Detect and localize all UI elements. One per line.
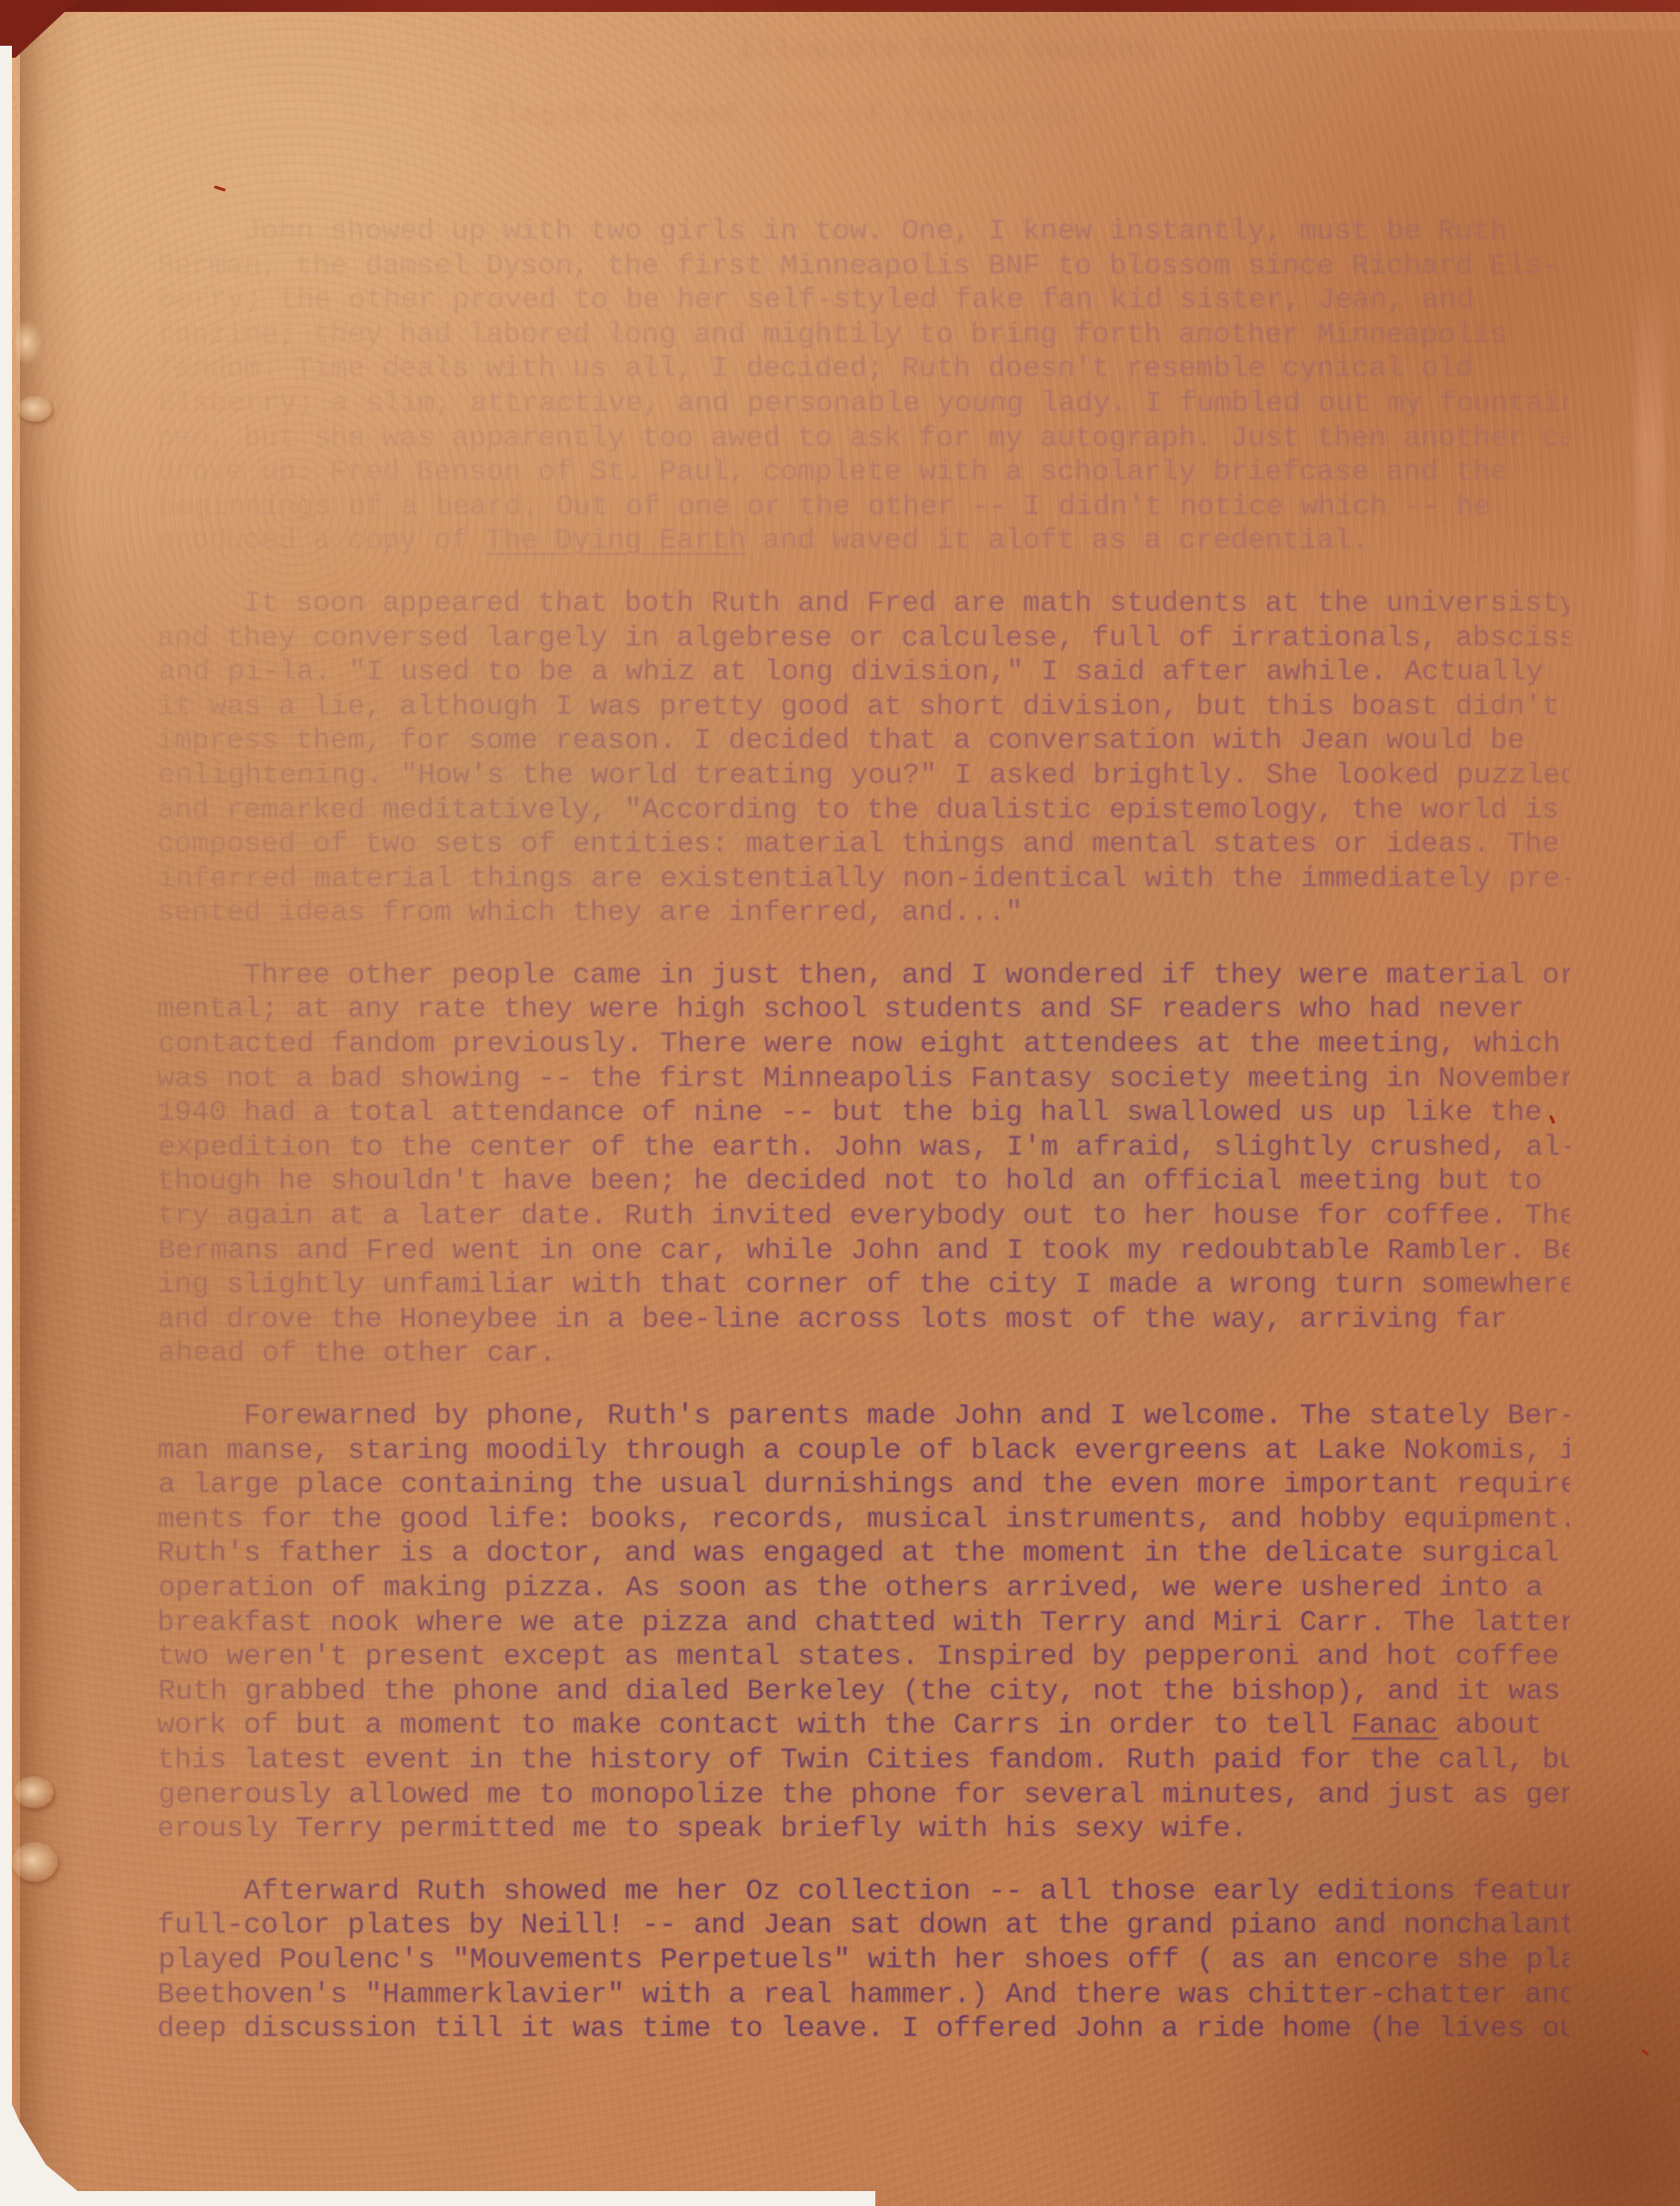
adjacent-cover-sliver xyxy=(0,0,1680,12)
typewritten-line: John showed up with two girls in tow. On… xyxy=(157,215,1570,250)
paper-tear-mark xyxy=(14,1776,54,1808)
typewritten-line: a large place containing the usual durni… xyxy=(158,1468,1571,1503)
typewritten-line: inferred material things are existential… xyxy=(158,862,1571,897)
typewritten-paragraph: Forewarned by phone, Ruth's parents made… xyxy=(157,1399,1570,1847)
typewritten-line: Berman, the damsel Dyson, the first Minn… xyxy=(157,250,1570,284)
underlined-title: Fanac xyxy=(1352,1709,1438,1742)
scanner-background-strip xyxy=(0,2191,875,2206)
typewritten-line: pen, but she was apparently too awed to … xyxy=(157,422,1570,457)
typewritten-line: played Poulenc's "Mouvements Perpetuels"… xyxy=(158,1943,1571,1978)
typewritten-line: Afterward Ruth showed me her Oz collecti… xyxy=(157,1875,1570,1910)
paper-tear-mark xyxy=(12,1842,58,1882)
typewritten-line: though he shouldn't have been; he decide… xyxy=(157,1165,1570,1199)
typewritten-line: expedition to the center of the earth. J… xyxy=(158,1131,1571,1166)
typewritten-line: composed of two sets of entities: materi… xyxy=(157,827,1570,862)
typewritten-line: Bermans and Fred went in one car, while … xyxy=(158,1234,1571,1269)
typewritten-line: ing slightly unfamiliar with that corner… xyxy=(157,1268,1570,1303)
typewritten-line: fanzine; they had labored long and might… xyxy=(157,318,1570,353)
typewritten-paragraph: Afterward Ruth showed me her Oz collecti… xyxy=(157,1875,1570,2047)
typewritten-line: generously allowed me to monopolize the … xyxy=(158,1778,1571,1813)
typewritten-line: drove up: Fred Benson of St. Paul, compl… xyxy=(157,456,1570,490)
typewritten-line: erously Terry permitted me to speak brie… xyxy=(157,1812,1570,1847)
typewritten-line: full-color plates by Neill! -- and Jean … xyxy=(157,1909,1570,1943)
paper-streak xyxy=(1636,269,1664,696)
typewritten-line: was not a bad showing -- the first Minne… xyxy=(157,1062,1570,1097)
typewritten-line: berry; the other proved to be her self-s… xyxy=(158,283,1571,318)
typewritten-line: ments for the good life: books, records,… xyxy=(157,1503,1570,1538)
typewritten-line: man manse, staring moodily through a cou… xyxy=(157,1434,1570,1469)
typewritten-line: work of but a moment to make contact wit… xyxy=(157,1709,1570,1744)
typewritten-line: contacted fandom previously. There were … xyxy=(158,1027,1571,1062)
typewritten-paragraph: John showed up with two girls in tow. On… xyxy=(157,215,1570,559)
typewritten-line: It soon appeared that both Ruth and Fred… xyxy=(157,587,1570,622)
typewritten-line: Elsberry; a slim, attractive, and person… xyxy=(158,387,1571,422)
underlined-title: The Dying Earth xyxy=(486,524,746,557)
typewritten-line: and remarked meditatively, "According to… xyxy=(157,794,1570,828)
typewritten-line: this latest event in the history of Twin… xyxy=(157,1744,1570,1778)
typewritten-text-block: John showed up with two girls in tow. On… xyxy=(157,215,1570,2075)
scanner-bed: illegible faded heading illegible faded … xyxy=(0,0,1680,2206)
typewritten-line: it was a lie, although I was pretty good… xyxy=(157,690,1570,725)
typewritten-line: deep discussion till it was time to leav… xyxy=(157,2012,1570,2047)
typewritten-line: enlightening. "How's the world treating … xyxy=(158,759,1571,794)
typewritten-paragraph: It soon appeared that both Ruth and Fred… xyxy=(157,587,1570,931)
typewritten-line: Three other people came in just then, an… xyxy=(157,959,1570,994)
typewritten-line: ahead of the other car. xyxy=(158,1337,1571,1372)
typewritten-line: two weren't present except as mental sta… xyxy=(157,1640,1570,1675)
typewritten-line: operation of making pizza. As soon as th… xyxy=(158,1571,1571,1606)
typewritten-line: fandom. Time deals with us all, I decide… xyxy=(157,352,1570,387)
typewritten-line: impress them, for some reason. I decided… xyxy=(157,724,1570,759)
paper-tear-mark xyxy=(18,396,52,422)
typewritten-line: 1940 had a total attendance of nine -- b… xyxy=(157,1096,1570,1131)
typewritten-line: Forewarned by phone, Ruth's parents made… xyxy=(157,1399,1570,1434)
typewritten-line: Ruth's father is a doctor, and was engag… xyxy=(157,1537,1570,1571)
scanner-background-strip xyxy=(0,46,12,2206)
typewritten-line: beginnings of a beard. Out of one or the… xyxy=(158,490,1571,525)
typewritten-line: and drove the Honeybee in a bee-line acr… xyxy=(157,1303,1570,1338)
typewritten-line: and pi-la. "I used to be a whiz at long … xyxy=(158,655,1571,690)
typewritten-line: breakfast nook where we ate pizza and ch… xyxy=(157,1606,1570,1641)
typewritten-paragraph: Three other people came in just then, an… xyxy=(157,959,1570,1372)
typewritten-line: produced a copy of The Dying Earth and w… xyxy=(157,524,1570,559)
ghost-text-line: illegible faded line of typescript xyxy=(467,101,1164,131)
typewritten-line: Ruth grabbed the phone and dialed Berkel… xyxy=(158,1675,1571,1710)
typewritten-line: and they conversed largely in algebrese … xyxy=(157,622,1570,656)
ghost-heading-line: illegible faded heading xyxy=(738,36,1136,66)
typewritten-line: sented ideas from which they are inferre… xyxy=(157,896,1570,931)
typewritten-line: mental; at any rate they were high schoo… xyxy=(157,993,1570,1027)
typewritten-line: Beethoven's "Hammerklavier" with a real … xyxy=(157,1978,1570,2013)
typewritten-line: try again at a later date. Ruth invited … xyxy=(157,1199,1570,1234)
paper-chip-mark xyxy=(16,320,42,364)
